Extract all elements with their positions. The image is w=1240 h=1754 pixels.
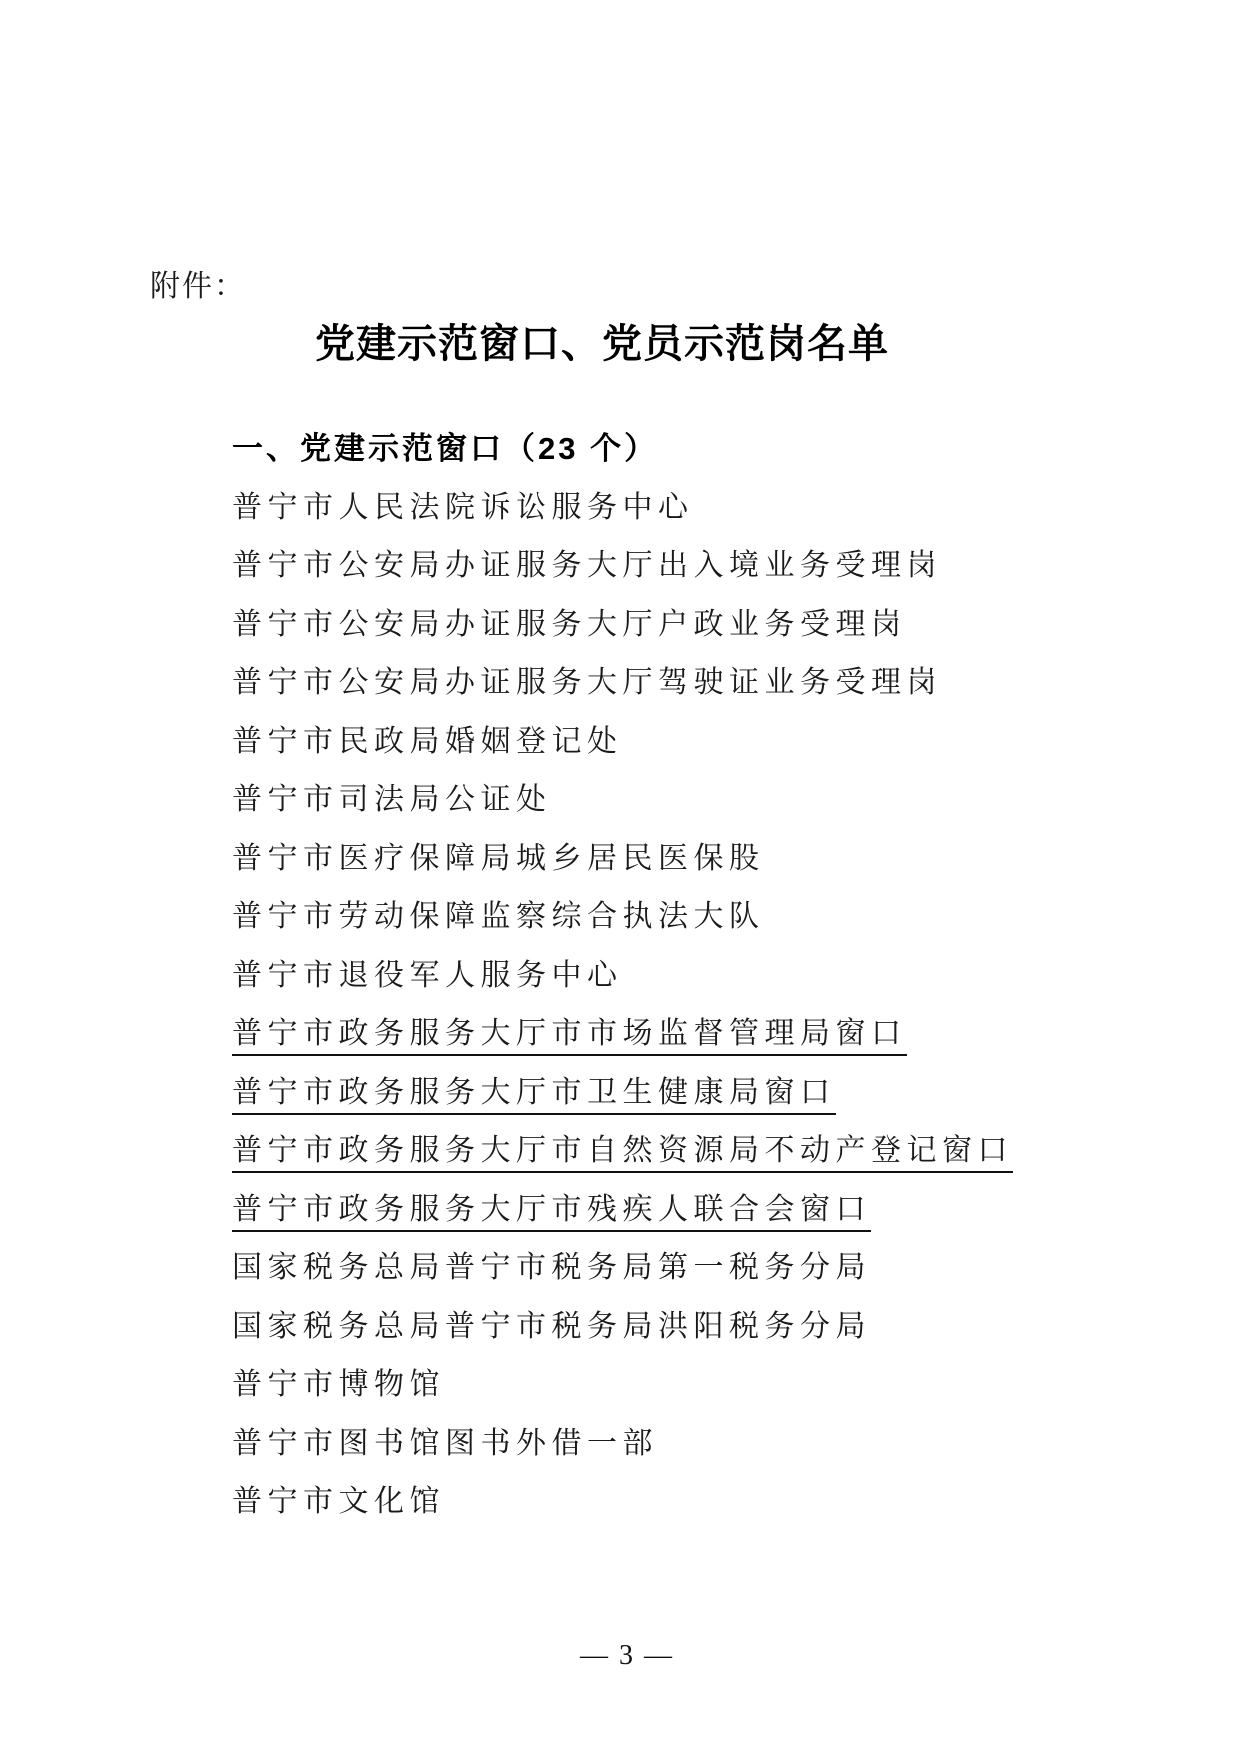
attachment-label: 附件： [150,261,246,305]
list-item-text: 普宁市公安局办证服务大厅驾驶证业务受理岗 [232,666,942,699]
list-item-text: 普宁市政务服务大厅市市场监督管理局窗口 [232,1017,907,1056]
list-item-text: 普宁市博物馆 [232,1368,445,1401]
list-item: 普宁市政务服务大厅市自然资源局不动产登记窗口 [232,1122,1013,1181]
list-item-text: 普宁市司法局公证处 [232,783,552,816]
list-item-text: 普宁市公安局办证服务大厅户政业务受理岗 [232,608,907,641]
list-item-text: 普宁市政务服务大厅市自然资源局不动产登记窗口 [232,1134,1013,1173]
list-item: 普宁市博物馆 [232,1356,1013,1415]
list-item: 普宁市司法局公证处 [232,771,1013,830]
list-item: 国家税务总局普宁市税务局洪阳税务分局 [232,1298,1013,1357]
list-item-text: 普宁市公安局办证服务大厅出入境业务受理岗 [232,549,942,582]
list-item: 普宁市劳动保障监察综合执法大队 [232,888,1013,947]
list-item-text: 普宁市政务服务大厅市残疾人联合会窗口 [232,1193,871,1232]
list-item-text: 国家税务总局普宁市税务局洪阳税务分局 [232,1310,871,1343]
list-item-text: 普宁市图书馆图书外借一部 [232,1427,658,1460]
list-item: 普宁市图书馆图书外借一部 [232,1415,1013,1474]
list-item-text: 普宁市政务服务大厅市卫生健康局窗口 [232,1076,836,1115]
list-item-text: 普宁市文化馆 [232,1485,445,1518]
list-item-text: 普宁市民政局婚姻登记处 [232,725,623,758]
list-item: 普宁市人民法院诉讼服务中心 [232,479,1013,538]
list-item: 普宁市公安局办证服务大厅驾驶证业务受理岗 [232,654,1013,713]
list-item: 国家税务总局普宁市税务局第一税务分局 [232,1239,1013,1298]
list-item: 普宁市政务服务大厅市市场监督管理局窗口 [232,1005,1013,1064]
page-number: — 3 — [7,1640,1240,1672]
list-item: 普宁市退役军人服务中心 [232,947,1013,1006]
list-item: 普宁市公安局办证服务大厅出入境业务受理岗 [232,537,1013,596]
list-item-text: 普宁市退役军人服务中心 [232,959,623,992]
list-item-text: 普宁市医疗保障局城乡居民医保股 [232,842,765,875]
window-list: 普宁市人民法院诉讼服务中心普宁市公安局办证服务大厅出入境业务受理岗普宁市公安局办… [232,479,1013,1532]
list-item-text: 普宁市人民法院诉讼服务中心 [232,491,694,524]
list-item: 普宁市公安局办证服务大厅户政业务受理岗 [232,596,1013,655]
list-item: 普宁市民政局婚姻登记处 [232,713,1013,772]
list-item: 普宁市文化馆 [232,1473,1013,1532]
list-item-text: 普宁市劳动保障监察综合执法大队 [232,900,765,933]
document-page: 附件： 党建示范窗口、党员示范岗名单 一、党建示范窗口（23 个） 普宁市人民法… [0,0,1240,1754]
section-heading: 一、党建示范窗口（23 个） [232,420,1013,479]
list-item: 普宁市医疗保障局城乡居民医保股 [232,830,1013,889]
list-item: 普宁市政务服务大厅市残疾人联合会窗口 [232,1181,1013,1240]
list-item: 普宁市政务服务大厅市卫生健康局窗口 [232,1064,1013,1123]
list-block: 一、党建示范窗口（23 个） 普宁市人民法院诉讼服务中心普宁市公安局办证服务大厅… [232,420,1013,1532]
document-title: 党建示范窗口、党员示范岗名单 [0,312,1222,369]
list-item-text: 国家税务总局普宁市税务局第一税务分局 [232,1251,871,1284]
